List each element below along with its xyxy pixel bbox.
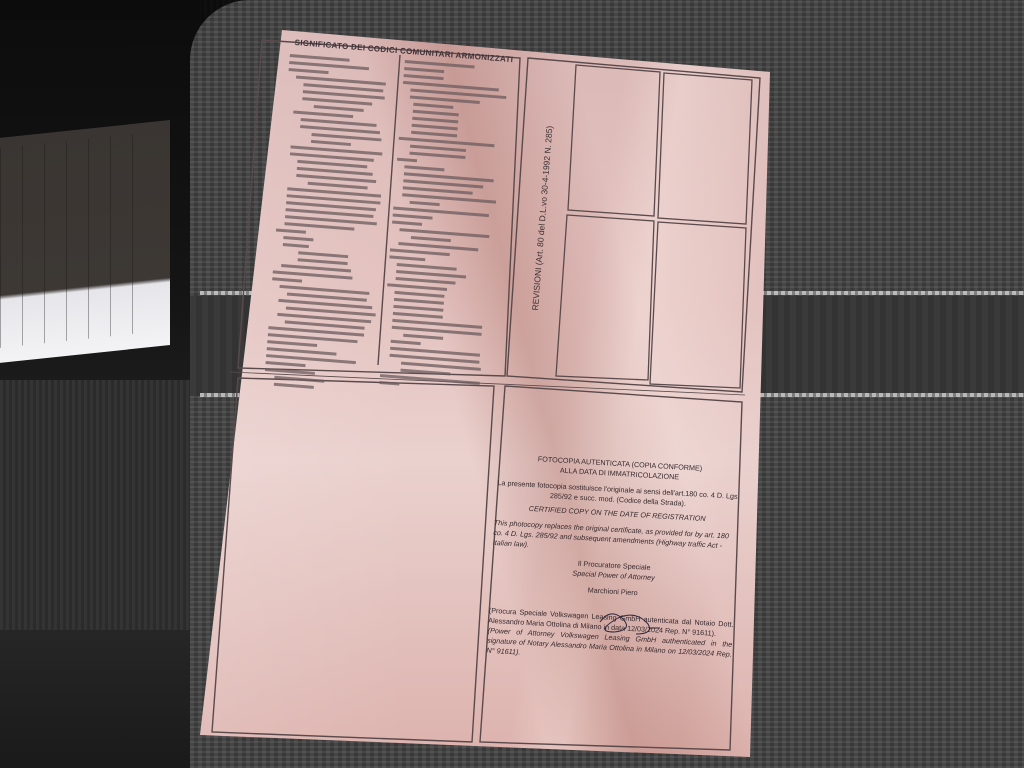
certification-block: FOTOCOPIA AUTENTICATA (COPIA CONFORME) A… (486, 452, 743, 674)
registration-certificate: SIGNIFICATO DEI CODICI COMUNITARI ARMONI… (0, 0, 1024, 768)
